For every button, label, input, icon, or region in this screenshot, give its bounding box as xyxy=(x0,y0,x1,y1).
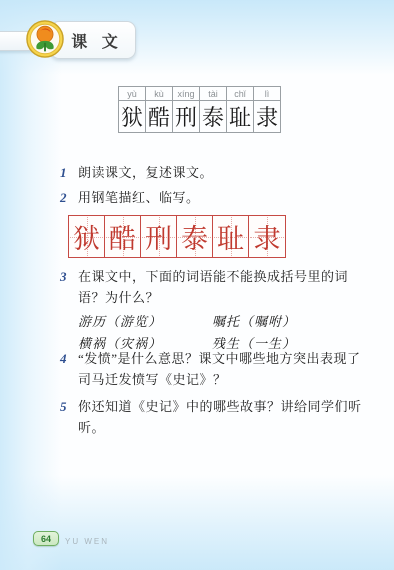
exercise-text: 用钢笔描红、临写。 xyxy=(78,187,372,208)
exercise-number: 1 xyxy=(60,162,78,183)
tracing-character: 狱 xyxy=(73,217,100,256)
exercise-item-2: 2 用钢笔描红、临写。 xyxy=(60,187,372,208)
tracing-character: 隶 xyxy=(254,217,281,256)
tracing-cell: 刑 xyxy=(141,216,177,257)
word-pair: 游历（游览） xyxy=(78,312,186,332)
tracing-cell: 狱 xyxy=(69,216,105,257)
exercise-item-1: 1 朗读课文，复述课文。 xyxy=(60,162,372,183)
pinyin-cell: yù xyxy=(119,87,146,101)
section-title: 课 文 xyxy=(63,29,122,52)
textbook-page: 课 文 yù kù xíng tài chǐ lì 狱 酷 刑 泰 耻 隶 xyxy=(0,0,394,570)
character-cell: 隶 xyxy=(254,101,281,133)
exercise-text: “发愤”是什么意思？课文中哪些地方突出表现了司马迁发愤写《史记》？ xyxy=(78,348,372,390)
tracing-cell: 泰 xyxy=(177,216,213,257)
pinyin-cell: chǐ xyxy=(227,87,254,101)
tracing-practice-grid: 狱 酷 刑 泰 耻 隶 xyxy=(68,215,286,258)
tracing-character: 泰 xyxy=(181,217,208,256)
exercise-number: 5 xyxy=(60,396,78,438)
pinyin-cell: xíng xyxy=(173,87,200,101)
character-row: 狱 酷 刑 泰 耻 隶 xyxy=(119,101,281,133)
pinyin-cell: tài xyxy=(200,87,227,101)
pinyin-character-table: yù kù xíng tài chǐ lì 狱 酷 刑 泰 耻 隶 xyxy=(118,86,281,133)
exercise-text: 朗读课文，复述课文。 xyxy=(78,162,372,183)
character-cell: 酷 xyxy=(146,101,173,133)
word-pair-row: 游历（游览） 嘱托（嘱咐） xyxy=(78,312,372,332)
pinyin-cell: lì xyxy=(254,87,281,101)
exercise-item-4: 4 “发愤”是什么意思？课文中哪些地方突出表现了司马迁发愤写《史记》？ xyxy=(60,348,372,390)
exercise-number: 3 xyxy=(60,266,78,354)
flower-sun-emblem-icon xyxy=(26,20,64,58)
page-footer: 64 YU WEN xyxy=(33,531,109,546)
footer-label: YU WEN xyxy=(65,537,109,546)
character-cell: 泰 xyxy=(200,101,227,133)
exercise-text: 在课文中，下面的词语能不能换成括号里的词语？为什么？ xyxy=(78,269,348,305)
tracing-character: 酷 xyxy=(109,217,136,256)
pinyin-cell: kù xyxy=(146,87,173,101)
page-number-badge: 64 xyxy=(33,531,59,546)
exercise-number: 4 xyxy=(60,348,78,390)
tracing-character: 刑 xyxy=(145,217,172,256)
exercise-item-5: 5 你还知道《史记》中的哪些故事？讲给同学们听听。 xyxy=(60,396,372,438)
tracing-cell: 隶 xyxy=(249,216,285,257)
tracing-cell: 耻 xyxy=(213,216,249,257)
exercise-item-3: 3 在课文中，下面的词语能不能换成括号里的词语？为什么？ 游历（游览） 嘱托（嘱… xyxy=(60,266,372,354)
exercise-text: 你还知道《史记》中的哪些故事？讲给同学们听听。 xyxy=(78,396,372,438)
tracing-cell: 酷 xyxy=(105,216,141,257)
exercise-body: 在课文中，下面的词语能不能换成括号里的词语？为什么？ 游历（游览） 嘱托（嘱咐）… xyxy=(78,266,372,354)
tracing-character: 耻 xyxy=(217,217,244,256)
section-header: 课 文 xyxy=(0,18,160,62)
character-cell: 狱 xyxy=(119,101,146,133)
character-cell: 刑 xyxy=(173,101,200,133)
pinyin-row: yù kù xíng tài chǐ lì xyxy=(119,87,281,101)
character-cell: 耻 xyxy=(227,101,254,133)
word-pair: 嘱托（嘱咐） xyxy=(212,312,296,332)
exercise-number: 2 xyxy=(60,187,78,208)
